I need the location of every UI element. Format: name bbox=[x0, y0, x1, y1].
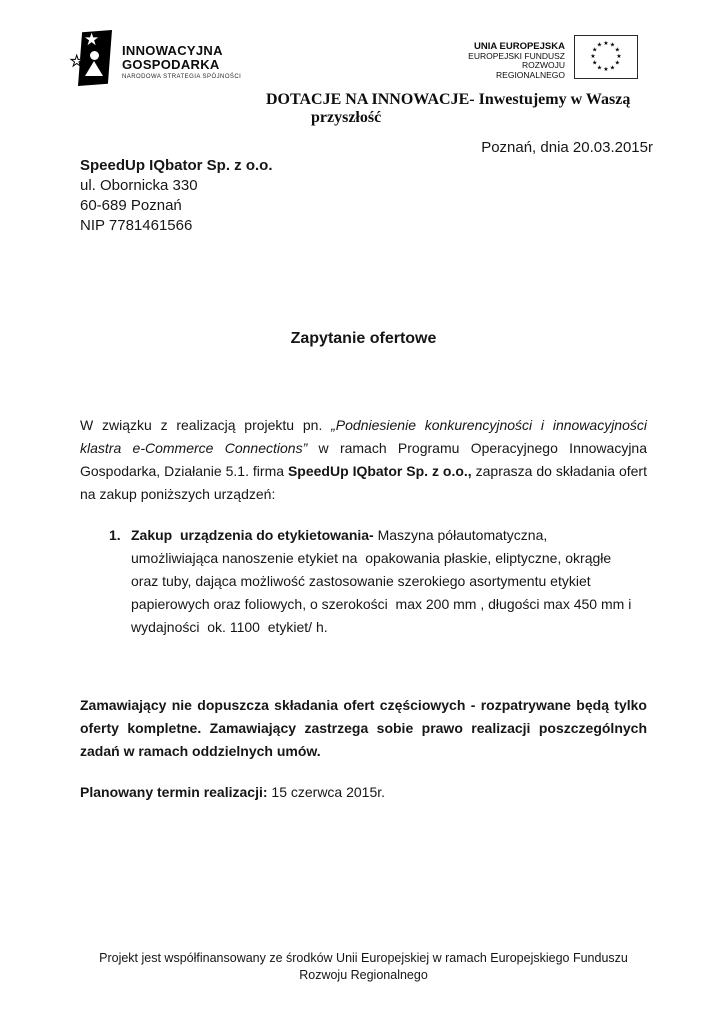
sender-street: ul. Obornicka 330 bbox=[80, 176, 273, 196]
list-item-description: Maszyna półautomatyczna, umożliwiająca n… bbox=[131, 527, 635, 635]
list-number: 1. bbox=[109, 524, 131, 639]
innowacyjna-gospodarka-logo: ★ ★ INNOWACYJNA GOSPODARKA NARODOWA STRA… bbox=[78, 30, 241, 86]
eu-logo: UNIA EUROPEJSKA EUROPEJSKI FUNDUSZ ROZWO… bbox=[455, 35, 638, 80]
ig-logo-text: INNOWACYJNA GOSPODARKA NARODOWA STRATEGI… bbox=[122, 30, 241, 86]
eu-star-icon: ★ bbox=[616, 54, 621, 60]
figure-head-shape bbox=[90, 51, 99, 60]
eu-star-icon: ★ bbox=[592, 61, 597, 67]
program-motto: DOTACJE NA INNOWACJE- Inwestujemy w Wasz… bbox=[80, 91, 645, 126]
sender-name: SpeedUp IQbator Sp. z o.o. bbox=[80, 156, 273, 176]
intro-paragraph: W związku z realizacją projektu pn. „Pod… bbox=[80, 414, 647, 506]
deadline-line: Planowany termin realizacji: 15 czerwca … bbox=[80, 781, 385, 804]
ig-logo-line1: INNOWACYJNA bbox=[122, 44, 241, 58]
eu-star-icon: ★ bbox=[603, 41, 608, 47]
date-line: Poznań, dnia 20.03.2015r bbox=[80, 139, 653, 156]
motto-line2: przyszłość bbox=[311, 109, 645, 127]
sender-block: SpeedUp IQbator Sp. z o.o. ul. Obornicka… bbox=[80, 156, 273, 236]
deadline-value: 15 czerwca 2015r. bbox=[268, 784, 386, 800]
motto-line1: DOTACJE NA INNOWACJE- Inwestujemy w Wasz… bbox=[266, 91, 645, 109]
eu-star-icon: ★ bbox=[597, 43, 602, 49]
eu-flag-icon: ★★★★★★★★★★★★ bbox=[574, 35, 638, 79]
list-item-1: 1. Zakup urządzenia do etykietowania- Ma… bbox=[80, 524, 640, 639]
sender-nip: NIP 7781461566 bbox=[80, 216, 273, 236]
star-outline-icon: ★ bbox=[70, 54, 83, 69]
eu-star-icon: ★ bbox=[610, 65, 615, 71]
eu-star-icon: ★ bbox=[615, 48, 620, 54]
figure-body-shape bbox=[85, 61, 103, 76]
document-page: ★ ★ INNOWACYJNA GOSPODARKA NARODOWA STRA… bbox=[0, 0, 725, 1024]
eu-logo-text: UNIA EUROPEJSKA EUROPEJSKI FUNDUSZ ROZWO… bbox=[455, 42, 565, 80]
eu-logo-line3: ROZWOJU REGIONALNEGO bbox=[455, 61, 565, 80]
ig-logo-subtitle: NARODOWA STRATEGIA SPÓJNOŚCI bbox=[122, 74, 241, 80]
sender-city: 60-689 Poznań bbox=[80, 196, 273, 216]
eu-star-icon: ★ bbox=[590, 54, 595, 60]
eu-star-icon: ★ bbox=[615, 61, 620, 67]
list-item-title-bold: Zakup urządzenia do etykietowania- bbox=[131, 527, 374, 543]
list-item-text: Zakup urządzenia do etykietowania- Maszy… bbox=[131, 524, 633, 639]
document-title: Zapytanie ofertowe bbox=[80, 330, 647, 348]
eu-star-icon: ★ bbox=[603, 67, 608, 73]
deadline-label: Planowany termin realizacji: bbox=[80, 784, 268, 800]
ig-logo-line2: GOSPODARKA bbox=[122, 58, 241, 72]
star-icon: ★ bbox=[84, 31, 99, 48]
terms-paragraph: Zamawiający nie dopuszcza składania ofer… bbox=[80, 694, 647, 763]
eu-star-icon: ★ bbox=[597, 65, 602, 71]
intro-part1: W związku z realizacją projektu pn. bbox=[80, 417, 331, 433]
company-name-bold: SpeedUp IQbator Sp. z o.o., bbox=[288, 463, 472, 479]
footer-note: Projekt jest współfinansowany ze środków… bbox=[80, 950, 647, 984]
